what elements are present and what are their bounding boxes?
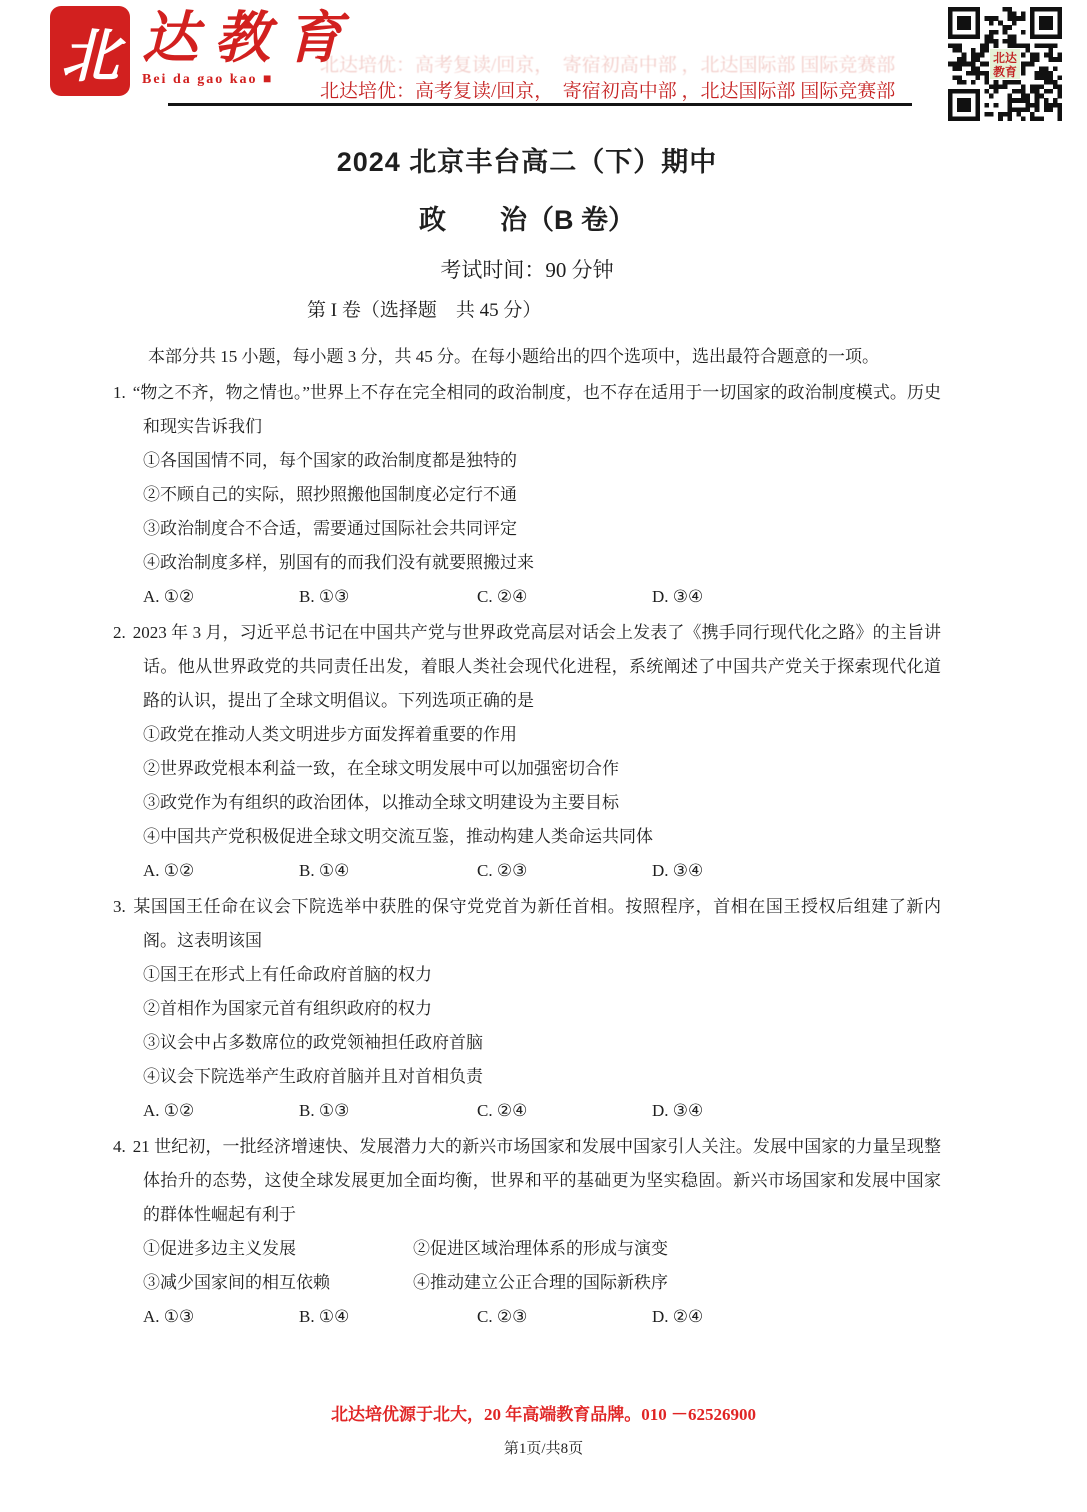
question-2-choice-c: C. ②③	[477, 854, 652, 888]
question-3-option-1: ①国王在形式上有任命政府首脑的权力	[113, 958, 941, 992]
exam-page: 北 达教育 Bei da gao kao ■ 北达培优：高考复读/回京， 寄宿初…	[0, 0, 1087, 1512]
question-2-stem: 2.2023 年 3 月，习近平总书记在中国共产党与世界政党高层对话会上发表了《…	[113, 616, 941, 718]
question-1-choice-d: D. ③④	[652, 580, 703, 614]
question-3-choice-a: A. ①②	[143, 1094, 299, 1128]
question-4-choice-b: B. ①④	[299, 1300, 477, 1334]
question-4-stem-text: 21 世纪初，一批经济增速快、发展潜力大的新兴市场国家和发展中国家引人关注。发展…	[133, 1137, 941, 1224]
section-title: 第 I 卷（选择题 共 45 分）	[113, 298, 941, 324]
question-3-number: 3.	[113, 897, 126, 916]
question-4-stem: 4.21 世纪初，一批经济增速快、发展潜力大的新兴市场国家和发展中国家引人关注。…	[113, 1130, 941, 1232]
question-4-choice-c: C. ②③	[477, 1300, 652, 1334]
header-divider	[168, 103, 912, 106]
question-1-choice-b: B. ①③	[299, 580, 477, 614]
question-4-choice-d: D. ②④	[652, 1300, 703, 1334]
question-3-choice-d: D. ③④	[652, 1094, 703, 1128]
question-3-option-2: ②首相作为国家元首有组织政府的权力	[113, 992, 941, 1026]
question-4-choices: A. ①③B. ①④C. ②③D. ②④	[113, 1300, 941, 1334]
question-3-choice-c: C. ②④	[477, 1094, 652, 1128]
question-3-stem-text: 某国国王任命在议会下院选举中获胜的保守党党首为新任首相。按照程序，首相在国王授权…	[133, 897, 941, 950]
question-2-options: ①政党在推动人类文明进步方面发挥着重要的作用 ②世界政党根本利益一致，在全球文明…	[113, 718, 941, 854]
qr-center-label-line1: 北达	[993, 51, 1017, 65]
question-3-options: ①国王在形式上有任命政府首脑的权力 ②首相作为国家元首有组织政府的权力 ③议会中…	[113, 958, 941, 1094]
question-2-choice-d: D. ③④	[652, 854, 703, 888]
question-3-choices: A. ①②B. ①③C. ②④D. ③④	[113, 1094, 941, 1128]
exam-content: 2024 北京丰台高二（下）期中 政 治（B 卷） 考试时间：90 分钟 第 I…	[113, 128, 941, 1334]
question-1-option-3: ③政治制度合不合适，需要通过国际社会共同评定	[113, 512, 941, 546]
question-1: 1.“物之不齐，物之情也。”世界上不存在完全相同的政治制度，也不存在适用于一切国…	[113, 376, 941, 614]
question-1-options: ①各国国情不同，每个国家的政治制度都是独特的 ②不顾自己的实际，照抄照搬他国制度…	[113, 444, 941, 580]
question-3: 3.某国国王任命在议会下院选举中获胜的保守党党首为新任首相。按照程序，首相在国王…	[113, 890, 941, 1128]
question-4-option-1: ①促进多边主义发展	[143, 1232, 413, 1266]
footer-promo: 北达培优源于北大，20 年高端教育品牌。010 －62526900	[0, 1400, 1087, 1425]
tagline-ghost-text: 北达培优：高考复读/回京， 寄宿初高中部 ，北达国际部 国际竞赛部	[320, 50, 920, 77]
header-tagline: 北达培优：高考复读/回京， 寄宿初高中部 ，北达国际部 国际竞赛部	[320, 76, 895, 103]
question-4-choice-a: A. ①③	[143, 1300, 299, 1334]
question-1-choice-a: A. ①②	[143, 580, 299, 614]
qr-code-icon: 北达 教育	[948, 7, 1062, 121]
question-4-option-2: ②促进区域治理体系的形成与演变	[413, 1232, 941, 1266]
logo-stamp-icon: 北	[52, 8, 128, 94]
qr-center-label-line2: 教育	[992, 65, 1017, 79]
logo-stamp-char: 北	[61, 9, 119, 93]
question-3-choice-b: B. ①③	[299, 1094, 477, 1128]
question-2-choices: A. ①②B. ①④C. ②③D. ③④	[113, 854, 941, 888]
beida-logo: 北 达教育 Bei da gao kao ■	[52, 8, 358, 94]
page-number: 第1页/共8页	[0, 1437, 1087, 1458]
question-3-option-4: ④议会下院选举产生政府首脑并且对首相负责	[113, 1060, 941, 1094]
exam-time-line: 考试时间：90 分钟	[113, 256, 941, 284]
question-2-number: 2.	[113, 623, 126, 642]
question-2-option-3: ③政党作为有组织的政治团体，以推动全球文明建设为主要目标	[113, 786, 941, 820]
question-4-option-4: ④推动建立公正合理的国际新秩序	[413, 1266, 941, 1300]
question-1-option-2: ②不顾自己的实际，照抄照搬他国制度必定行不通	[113, 478, 941, 512]
question-1-number: 1.	[113, 383, 126, 402]
question-2-option-2: ②世界政党根本利益一致，在全球文明发展中可以加强密切合作	[113, 752, 941, 786]
question-1-stem: 1.“物之不齐，物之情也。”世界上不存在完全相同的政治制度，也不存在适用于一切国…	[113, 376, 941, 444]
question-3-stem: 3.某国国王任命在议会下院选举中获胜的保守党党首为新任首相。按照程序，首相在国王…	[113, 890, 941, 958]
question-2-option-1: ①政党在推动人类文明进步方面发挥着重要的作用	[113, 718, 941, 752]
question-1-option-1: ①各国国情不同，每个国家的政治制度都是独特的	[113, 444, 941, 478]
question-1-choices: A. ①②B. ①③C. ②④D. ③④	[113, 580, 941, 614]
question-1-choice-c: C. ②④	[477, 580, 652, 614]
exam-title: 2024 北京丰台高二（下）期中	[113, 144, 941, 180]
question-4-option-3: ③减少国家间的相互依赖	[143, 1266, 413, 1300]
question-1-option-4: ④政治制度多样，别国有的而我们没有就要照搬过来	[113, 546, 941, 580]
question-4-options: ①促进多边主义发展 ②促进区域治理体系的形成与演变 ③减少国家间的相互依赖 ④推…	[113, 1232, 941, 1300]
qr-code-svg: 北达 教育	[948, 7, 1062, 121]
intro-paragraph: 本部分共 15 小题，每小题 3 分，共 45 分。在每小题给出的四个选项中，选…	[113, 340, 941, 374]
question-2-choice-b: B. ①④	[299, 854, 477, 888]
question-1-stem-text: “物之不齐，物之情也。”世界上不存在完全相同的政治制度，也不存在适用于一切国家的…	[133, 383, 941, 436]
question-3-option-3: ③议会中占多数席位的政党领袖担任政府首脑	[113, 1026, 941, 1060]
subject-title: 政 治（B 卷）	[113, 202, 941, 238]
question-2: 2.2023 年 3 月，习近平总书记在中国共产党与世界政党高层对话会上发表了《…	[113, 616, 941, 888]
question-2-choice-a: A. ①②	[143, 854, 299, 888]
question-2-stem-text: 2023 年 3 月，习近平总书记在中国共产党与世界政党高层对话会上发表了《携手…	[133, 623, 941, 710]
question-4: 4.21 世纪初，一批经济增速快、发展潜力大的新兴市场国家和发展中国家引人关注。…	[113, 1130, 941, 1334]
question-2-option-4: ④中国共产党积极促进全球文明交流互鉴，推动构建人类命运共同体	[113, 820, 941, 854]
question-4-number: 4.	[113, 1137, 126, 1156]
